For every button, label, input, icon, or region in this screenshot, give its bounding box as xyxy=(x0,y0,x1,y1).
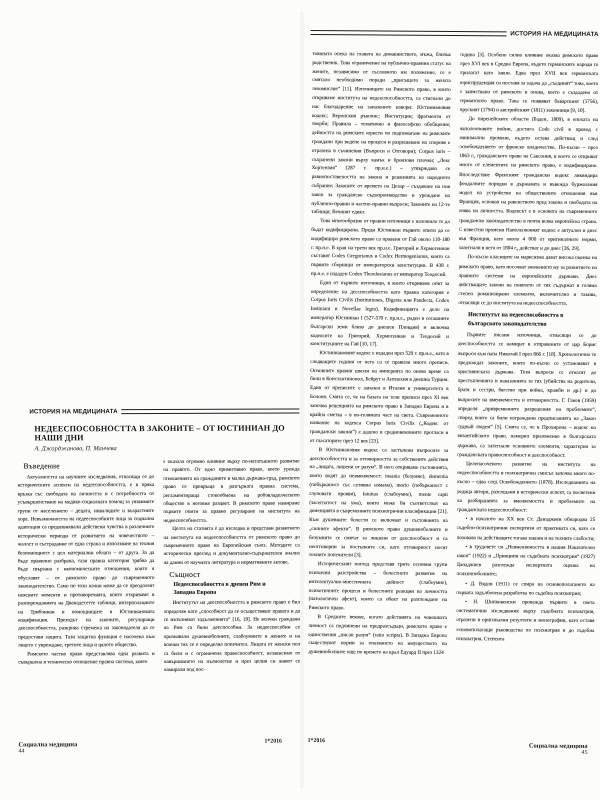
text-block: Недееспособността в древен Рим и Западна… xyxy=(173,582,280,597)
left-page: ИСТОРИЯ НА МЕДИЦИНАТА НЕДЕЕСПОСОБНОСТТА … xyxy=(13,407,302,792)
right-page-columns: тоянната опека на главата на домакинство… xyxy=(308,50,599,738)
right-page-column-1: тоянната опека на главата на домакинство… xyxy=(308,50,451,737)
text-block: • Д. Вядов (1911) се спира на основопола… xyxy=(456,580,595,599)
text-block: • в трудовете си „Невменяемостта в нашия… xyxy=(456,543,595,581)
text-block: По-късно класиците на марксизма дават ви… xyxy=(458,254,597,310)
text-block: В Юстиниановия кодекс са застъпени въпро… xyxy=(309,446,448,561)
text-block: Институтът на недееспособността в българ… xyxy=(468,311,576,330)
left-page-columns: ВъведениеАктуалността на научните изслед… xyxy=(18,458,301,701)
text-block: Същност xyxy=(169,570,300,580)
left-running-head: ИСТОРИЯ НА МЕДИЦИНАТА xyxy=(29,408,299,416)
article-title: НЕДЕЕСПОСОБНОСТТА В ЗАКОНИТЕ – ОТ ЮСТИНИ… xyxy=(34,424,295,443)
article-authors: А. Джорджанова, П. Манчева xyxy=(34,444,301,452)
journal-name: Социална медицина xyxy=(18,741,77,748)
journal-spread-scan: ИСТОРИЯ НА МЕДИЦИНАТА НЕДЕЕСПОСОБНОСТТА … xyxy=(0,0,600,800)
right-footer: Социална медицина 45 xyxy=(529,743,588,756)
right-page: ИСТОРИЯ НА МЕДИЦИНАТА тоянната опека на … xyxy=(303,17,600,789)
text-block: Това многообразие от правни източници е … xyxy=(311,217,450,280)
text-block: Актуалността на научните изследвания, от… xyxy=(18,473,155,650)
text-block: Институтът на дееспособността в римското… xyxy=(163,599,300,675)
text-block: Един от първите източници, в които откри… xyxy=(310,279,449,350)
left-footer: Социална медицина 44 xyxy=(18,741,77,754)
text-block: Юстиниановият кодекс е издаден през 529 … xyxy=(310,349,449,447)
right-running-head: ИСТОРИЯ НА МЕДИЦИНАТА xyxy=(311,29,599,38)
text-block: • Н. Шипковенски провежда първите в свет… xyxy=(456,598,595,645)
text-block: Целенасоченото развитие на института на … xyxy=(457,460,596,516)
left-header-rule xyxy=(122,408,300,414)
text-block: Въведение xyxy=(24,461,155,471)
text-block: Целта на статията е да изследва и предст… xyxy=(163,525,300,568)
text-block: Първите писани източници, отнасящи се до… xyxy=(457,331,596,461)
left-page-column-1: ВъведениеАктуалността на научните изслед… xyxy=(18,458,155,700)
left-page-column-2: е оказала огромно влияние върху по-натат… xyxy=(163,458,300,700)
text-block: • в началото на XX век Ст. Данаджиев обн… xyxy=(457,515,596,544)
issue-number: 1*2016 xyxy=(264,739,281,745)
left-section-header: ИСТОРИЯ НА МЕДИЦИНАТА xyxy=(29,408,117,415)
text-block: е оказала огромно влияние върху по-натат… xyxy=(163,458,300,526)
right-header-rule xyxy=(311,30,507,37)
text-block: В Средните векове, когато действията на … xyxy=(308,613,447,658)
page-number: 44 xyxy=(19,748,78,754)
text-block: година [3]. Особено силно влияние оказва… xyxy=(460,51,599,116)
right-page-column-2: година [3]. Особено силно влияние оказва… xyxy=(455,51,598,738)
journal-name: Социална медицина xyxy=(529,743,588,750)
text-block: Историческият поглед представя трите осн… xyxy=(309,560,448,614)
text-block: Римското частно право представлява една … xyxy=(18,650,155,667)
text-block: тоянната опека на главата на домакинство… xyxy=(311,50,451,218)
right-section-header: ИСТОРИЯ НА МЕДИЦИНАТА xyxy=(510,30,598,38)
text-block: До пиренейските области (Баден, 1809), в… xyxy=(459,115,598,254)
page-number: 45 xyxy=(529,750,588,756)
issue-number: 1*2016 xyxy=(308,738,325,744)
